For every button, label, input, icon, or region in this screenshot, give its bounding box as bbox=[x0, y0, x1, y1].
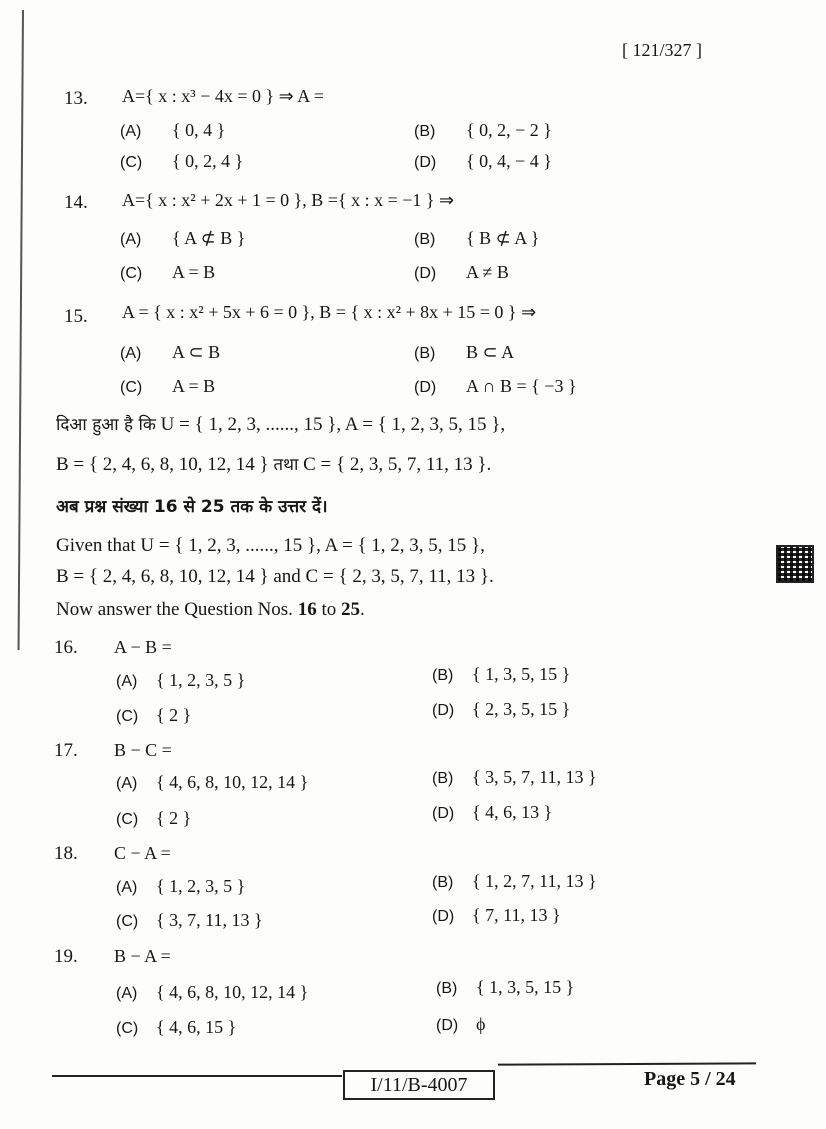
option-label: (D) bbox=[432, 702, 472, 720]
question-13-option-b: (B){ 0, 2, − 2 } bbox=[414, 120, 552, 141]
question-19-option-a: (A){ 4, 6, 8, 10, 12, 14 } bbox=[116, 982, 308, 1003]
hindi-instruction-to: 25 bbox=[201, 497, 225, 517]
option-label: (B) bbox=[414, 231, 466, 249]
option-text: { 1, 3, 5, 15 } bbox=[476, 977, 574, 997]
set-c-text: C = { 2, 3, 5, 7, 11, 13 }. bbox=[303, 454, 491, 475]
option-text: { 7, 11, 13 } bbox=[472, 905, 561, 925]
question-16-option-d: (D){ 2, 3, 5, 15 } bbox=[432, 699, 570, 720]
footer-rule-left bbox=[52, 1075, 342, 1077]
option-label: (D) bbox=[414, 265, 466, 283]
hindi-instruction-suffix: तक के उत्तर दें। bbox=[230, 497, 327, 517]
question-14-option-a: (A){ A ⊄ B } bbox=[120, 228, 245, 249]
question-13-number: 13. bbox=[64, 88, 88, 110]
option-text: { 3, 5, 7, 11, 13 } bbox=[472, 767, 597, 787]
option-text: { 0, 4 } bbox=[172, 120, 225, 140]
question-18-number: 18. bbox=[54, 843, 78, 865]
option-label: (C) bbox=[116, 1020, 156, 1038]
option-text: ϕ bbox=[476, 1014, 485, 1034]
option-text: { 0, 2, 4 } bbox=[172, 151, 243, 171]
option-label: (A) bbox=[116, 879, 156, 897]
option-label: (D) bbox=[436, 1017, 476, 1035]
booklet-code: I/11/B-4007 bbox=[343, 1070, 495, 1100]
question-16-number: 16. bbox=[54, 637, 78, 659]
english-instruction-from: 16 bbox=[298, 599, 317, 620]
option-label: (A) bbox=[120, 231, 172, 249]
question-19-option-d: (D)ϕ bbox=[436, 1014, 485, 1035]
option-text: { B ⊄ A } bbox=[466, 228, 539, 248]
question-19-number: 19. bbox=[54, 946, 78, 968]
option-text: A ∩ B = { −3 } bbox=[466, 376, 577, 396]
question-16-option-b: (B){ 1, 3, 5, 15 } bbox=[432, 664, 570, 685]
question-14-number: 14. bbox=[64, 192, 88, 214]
option-text: { 3, 7, 11, 13 } bbox=[156, 910, 263, 930]
question-14-stem: A={ x : x² + 2x + 1 = 0 }, B ={ x : x = … bbox=[122, 190, 454, 211]
option-text: { A ⊄ B } bbox=[172, 228, 245, 248]
question-13-option-a: (A){ 0, 4 } bbox=[120, 120, 225, 141]
option-text: { 2 } bbox=[156, 808, 191, 828]
question-16-option-c: (C){ 2 } bbox=[116, 705, 191, 726]
option-text: A = B bbox=[172, 262, 215, 282]
option-label: (D) bbox=[432, 908, 472, 926]
page-reference: [ 121/327 ] bbox=[622, 40, 702, 61]
option-text: A ⊂ B bbox=[172, 342, 220, 362]
question-15-option-a: (A)A ⊂ B bbox=[120, 342, 220, 363]
option-text: { 4, 6, 8, 10, 12, 14 } bbox=[156, 982, 308, 1002]
option-label: (A) bbox=[120, 123, 172, 141]
info-english-instruction: Now answer the Question Nos. 16 to 25. bbox=[56, 599, 365, 621]
question-13-option-d: (D){ 0, 4, − 4 } bbox=[414, 151, 552, 172]
question-19-option-b: (B){ 1, 3, 5, 15 } bbox=[436, 977, 574, 998]
option-label: (B) bbox=[432, 874, 472, 892]
question-15-option-d: (D)A ∩ B = { −3 } bbox=[414, 376, 577, 397]
option-text: { 1, 2, 3, 5 } bbox=[156, 876, 245, 896]
question-13-option-c: (C){ 0, 2, 4 } bbox=[120, 151, 243, 172]
option-label: (B) bbox=[436, 980, 476, 998]
info-hindi-line-2: B = { 2, 4, 6, 8, 10, 12, 14 } तथा C = {… bbox=[56, 452, 491, 476]
qr-code-icon bbox=[776, 545, 814, 583]
option-text: { 1, 2, 7, 11, 13 } bbox=[472, 871, 597, 891]
question-19-stem: B − A = bbox=[114, 946, 171, 967]
question-18-stem: C − A = bbox=[114, 843, 171, 864]
footer-rule-right bbox=[498, 1062, 756, 1065]
option-label: (C) bbox=[116, 708, 156, 726]
option-label: (D) bbox=[414, 154, 466, 172]
option-text: { 1, 3, 5, 15 } bbox=[472, 664, 570, 684]
option-text: A ≠ B bbox=[466, 262, 509, 282]
option-text: B ⊂ A bbox=[466, 342, 514, 362]
english-instruction-suffix: . bbox=[360, 599, 365, 620]
option-label: (B) bbox=[432, 770, 472, 788]
question-17-stem: B − C = bbox=[114, 740, 172, 761]
option-text: { 2 } bbox=[156, 705, 191, 725]
question-15-stem: A = { x : x² + 5x + 6 = 0 }, B = { x : x… bbox=[122, 302, 536, 323]
option-label: (A) bbox=[120, 345, 172, 363]
info-english-line-1: Given that U = { 1, 2, 3, ......, 15 }, … bbox=[56, 535, 485, 557]
option-label: (C) bbox=[120, 379, 172, 397]
english-instruction-prefix: Now answer the Question Nos. bbox=[56, 599, 293, 620]
option-label: (B) bbox=[414, 345, 466, 363]
hindi-instruction-from: 16 bbox=[154, 497, 178, 517]
option-text: { 1, 2, 3, 5 } bbox=[156, 670, 245, 690]
english-instruction-mid: to bbox=[321, 599, 336, 620]
question-15-option-b: (B)B ⊂ A bbox=[414, 342, 514, 363]
question-14-option-b: (B){ B ⊄ A } bbox=[414, 228, 539, 249]
hindi-instruction-prefix: अब प्रश्न संख्या bbox=[56, 497, 148, 517]
question-13-stem: A={ x : x³ − 4x = 0 } ⇒ A = bbox=[122, 86, 324, 107]
option-label: (B) bbox=[414, 123, 466, 141]
option-text: { 0, 2, − 2 } bbox=[466, 120, 552, 140]
option-text: A = B bbox=[172, 376, 215, 396]
option-text: { 4, 6, 15 } bbox=[156, 1017, 236, 1037]
question-17-option-a: (A){ 4, 6, 8, 10, 12, 14 } bbox=[116, 772, 308, 793]
option-text: { 4, 6, 13 } bbox=[472, 802, 552, 822]
question-17-option-d: (D){ 4, 6, 13 } bbox=[432, 802, 552, 823]
question-19-option-c: (C){ 4, 6, 15 } bbox=[116, 1017, 236, 1038]
margin-rule bbox=[18, 10, 24, 650]
question-17-option-c: (C){ 2 } bbox=[116, 808, 191, 829]
question-18-option-a: (A){ 1, 2, 3, 5 } bbox=[116, 876, 245, 897]
option-label: (D) bbox=[414, 379, 466, 397]
hindi-and-text: तथा bbox=[273, 455, 298, 475]
question-17-number: 17. bbox=[54, 740, 78, 762]
page-number: Page 5 / 24 bbox=[644, 1068, 736, 1091]
question-15-number: 15. bbox=[64, 306, 88, 328]
option-label: (C) bbox=[120, 154, 172, 172]
question-14-option-d: (D)A ≠ B bbox=[414, 262, 509, 283]
option-text: { 4, 6, 8, 10, 12, 14 } bbox=[156, 772, 308, 792]
option-text: { 2, 3, 5, 15 } bbox=[472, 699, 570, 719]
set-b-text: B = { 2, 4, 6, 8, 10, 12, 14 } bbox=[56, 454, 269, 475]
option-label: (A) bbox=[116, 985, 156, 1003]
info-hindi-instruction: अब प्रश्न संख्या 16 से 25 तक के उत्तर दे… bbox=[56, 494, 328, 517]
question-15-option-c: (C)A = B bbox=[120, 376, 215, 397]
info-hindi-line-1: दिआ हुआ है कि U = { 1, 2, 3, ......, 15 … bbox=[56, 412, 505, 436]
hindi-instruction-mid: से bbox=[183, 497, 195, 517]
option-label: (C) bbox=[120, 265, 172, 283]
option-label: (A) bbox=[116, 673, 156, 691]
option-label: (B) bbox=[432, 667, 472, 685]
option-label: (C) bbox=[116, 811, 156, 829]
given-sets-text: U = { 1, 2, 3, ......, 15 }, A = { 1, 2,… bbox=[161, 414, 506, 435]
info-english-line-2: B = { 2, 4, 6, 8, 10, 12, 14 } and C = {… bbox=[56, 566, 494, 588]
question-18-option-d: (D){ 7, 11, 13 } bbox=[432, 905, 561, 926]
question-17-option-b: (B){ 3, 5, 7, 11, 13 } bbox=[432, 767, 597, 788]
option-label: (D) bbox=[432, 805, 472, 823]
english-instruction-to: 25 bbox=[341, 599, 360, 620]
option-label: (C) bbox=[116, 913, 156, 931]
option-text: { 0, 4, − 4 } bbox=[466, 151, 552, 171]
question-16-stem: A − B = bbox=[114, 637, 172, 658]
option-label: (A) bbox=[116, 775, 156, 793]
question-18-option-c: (C){ 3, 7, 11, 13 } bbox=[116, 910, 263, 931]
hindi-given-text: दिआ हुआ है कि bbox=[56, 415, 156, 435]
question-18-option-b: (B){ 1, 2, 7, 11, 13 } bbox=[432, 871, 597, 892]
question-16-option-a: (A){ 1, 2, 3, 5 } bbox=[116, 670, 245, 691]
question-14-option-c: (C)A = B bbox=[120, 262, 215, 283]
